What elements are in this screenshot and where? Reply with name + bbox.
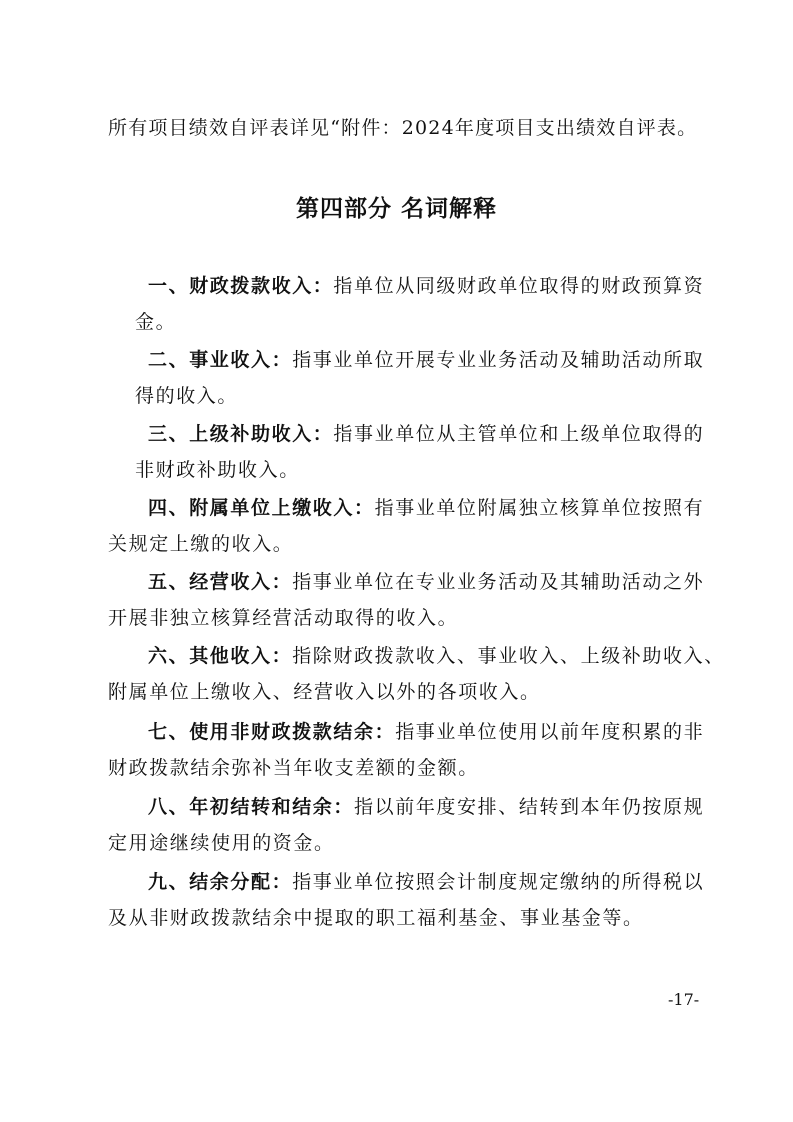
section-title: 第四部分 名词解释	[0, 190, 793, 223]
term-continuation: 开展非独立核算经营活动取得的收入。	[108, 600, 704, 636]
term-definition: 指事业单位开展专业业务活动及辅助活动所取	[292, 349, 704, 371]
term-definition: 指事业单位从主管单位和上级单位取得的	[333, 423, 704, 445]
intro-paragraph: 所有项目绩效自评表详见“附件：2024年度项目支出绩效自评表。	[108, 113, 697, 140]
term-definition: 指以前年度安排、结转到本年仍按原规	[354, 796, 704, 818]
term-definition: 指单位从同级财政单位取得的财政预算资	[333, 275, 704, 297]
term-label: 六、其他收入：	[148, 645, 292, 667]
term-label: 七、使用非财政拨款结余：	[148, 721, 395, 743]
term-label: 二、事业收入：	[148, 349, 292, 371]
term-definition: 指事业单位按照会计制度规定缴纳的所得税以	[292, 871, 704, 893]
term-continuation: 得的收入。	[135, 378, 704, 414]
term-continuation: 非财政补助收入。	[135, 452, 704, 488]
term-item-5: 五、经营收入：指事业单位在专业业务活动及其辅助活动之外 开展非独立核算经营活动取…	[148, 564, 704, 636]
term-definition: 指除财政拨款收入、事业收入、上级补助收入、	[292, 645, 725, 667]
term-item-4: 四、附属单位上缴收入：指事业单位附属独立核算单位按照有 关规定上缴的收入。	[148, 490, 704, 562]
document-page: 所有项目绩效自评表详见“附件：2024年度项目支出绩效自评表。 第四部分 名词解…	[0, 0, 793, 1122]
term-label: 四、附属单位上缴收入：	[148, 497, 375, 519]
term-definition: 指事业单位使用以前年度积累的非	[395, 721, 704, 743]
term-continuation: 定用途继续使用的资金。	[108, 825, 704, 861]
term-label: 九、结余分配：	[148, 871, 292, 893]
term-continuation: 及从非财政拨款结余中提取的职工福利基金、事业基金等。	[108, 900, 704, 936]
term-label: 三、上级补助收入：	[148, 423, 333, 445]
term-definition: 指事业单位在专业业务活动及其辅助活动之外	[292, 571, 704, 593]
term-label: 八、年初结转和结余：	[148, 796, 354, 818]
term-definition: 指事业单位附属独立核算单位按照有	[375, 497, 705, 519]
page-number: -17-	[668, 990, 699, 1009]
term-continuation: 财政拨款结余弥补当年收支差额的金额。	[108, 750, 704, 786]
term-item-9: 九、结余分配：指事业单位按照会计制度规定缴纳的所得税以 及从非财政拨款结余中提取…	[148, 864, 704, 936]
term-item-2: 二、事业收入：指事业单位开展专业业务活动及辅助活动所取 得的收入。	[148, 342, 704, 414]
term-item-1: 一、财政拨款收入：指单位从同级财政单位取得的财政预算资 金。	[148, 268, 704, 340]
term-label: 五、经营收入：	[148, 571, 292, 593]
term-item-3: 三、上级补助收入：指事业单位从主管单位和上级单位取得的 非财政补助收入。	[148, 416, 704, 488]
term-item-7: 七、使用非财政拨款结余：指事业单位使用以前年度积累的非 财政拨款结余弥补当年收支…	[148, 714, 704, 786]
term-continuation: 金。	[135, 304, 704, 340]
term-label: 一、财政拨款收入：	[148, 275, 333, 297]
term-item-6: 六、其他收入：指除财政拨款收入、事业收入、上级补助收入、 附属单位上缴收入、经营…	[148, 638, 725, 710]
term-continuation: 关规定上缴的收入。	[108, 526, 704, 562]
term-continuation: 附属单位上缴收入、经营收入以外的各项收入。	[108, 674, 725, 710]
term-item-8: 八、年初结转和结余：指以前年度安排、结转到本年仍按原规 定用途继续使用的资金。	[148, 789, 704, 861]
